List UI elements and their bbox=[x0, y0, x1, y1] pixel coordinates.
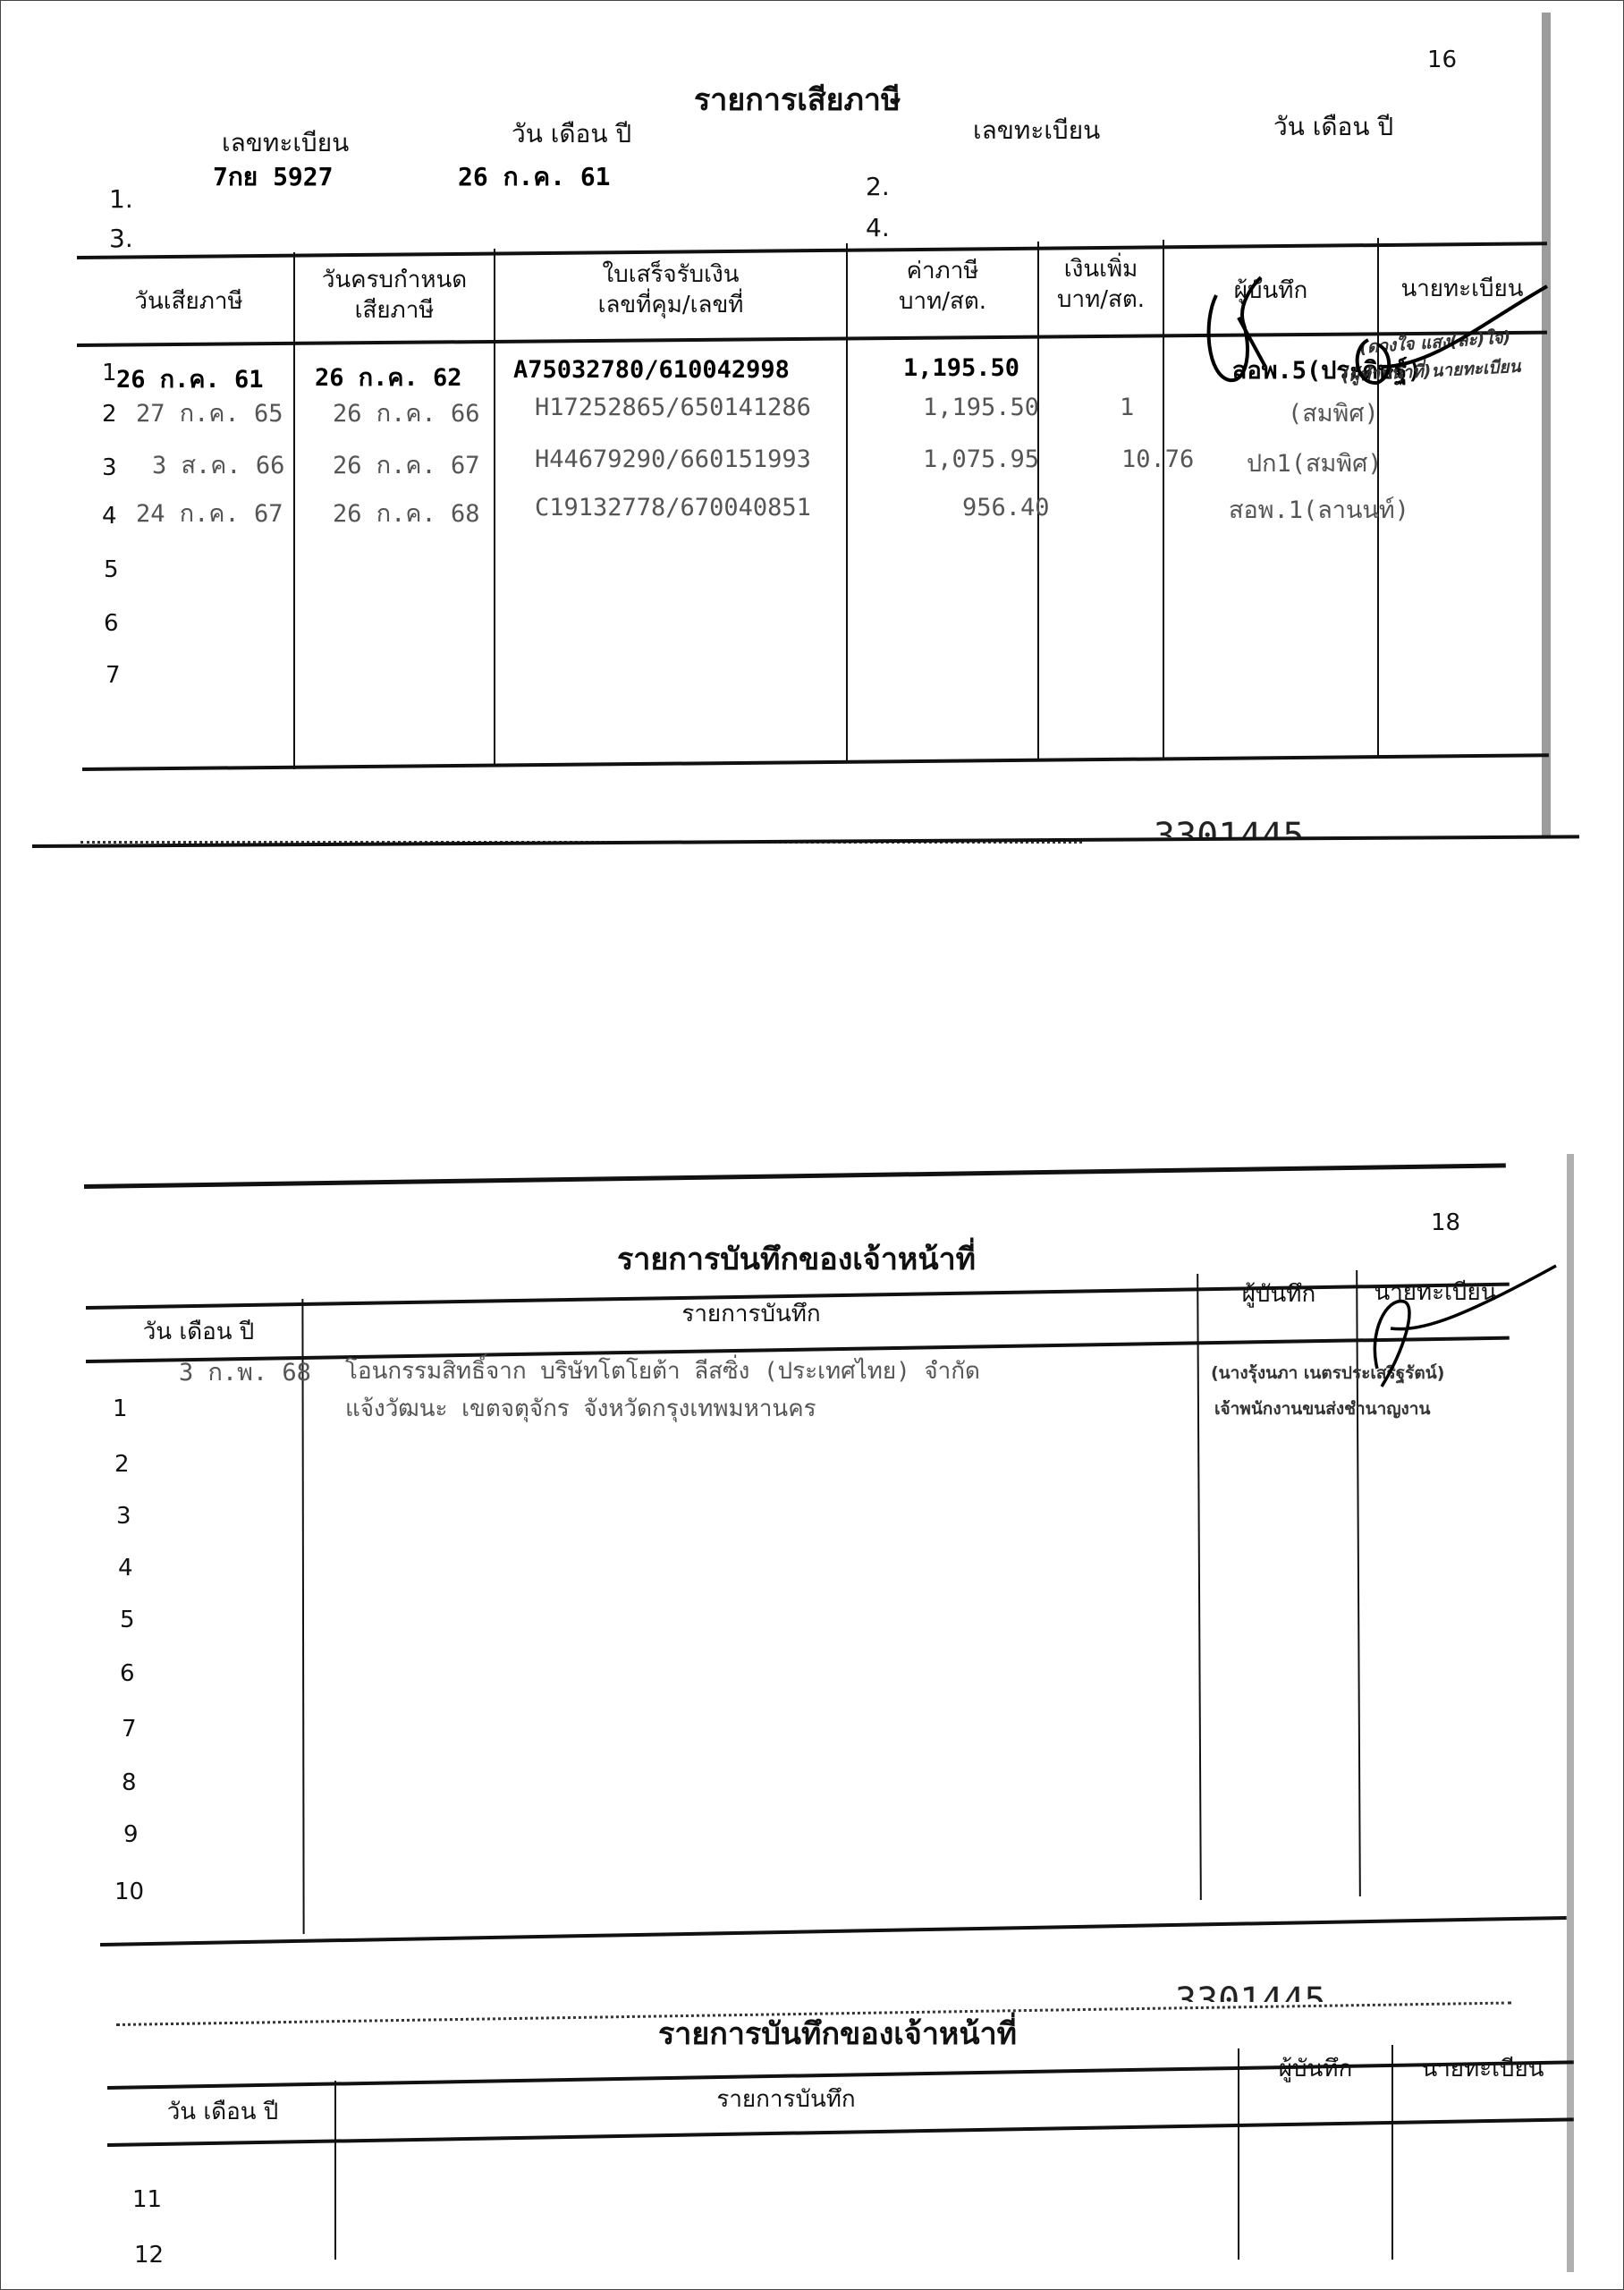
column-header-registrar: นายทะเบียน bbox=[1393, 2054, 1572, 2084]
paid-date: 27 ก.ค. 65 bbox=[136, 394, 283, 432]
column-header-entry: รายการบันทึก bbox=[336, 2084, 1236, 2115]
due-date: 26 ก.ค. 62 bbox=[315, 358, 461, 396]
paid-date: 3 ส.ค. 66 bbox=[152, 445, 284, 484]
row-number: 4 bbox=[118, 1555, 133, 1582]
row-number: 6 bbox=[104, 610, 119, 637]
row-number: 6 bbox=[120, 1660, 135, 1687]
row-number: 5 bbox=[104, 556, 119, 583]
row-number: 7 bbox=[106, 662, 121, 689]
tax-amount: 1,195.50 bbox=[903, 354, 1019, 382]
column-header-recorder: ผู้บันทึก bbox=[1239, 2054, 1391, 2084]
row-number: 9 bbox=[123, 1821, 139, 1848]
section-title: รายการเสียภาษี bbox=[694, 75, 901, 123]
tax-amount: 956.40 bbox=[962, 494, 1050, 522]
due-date: 26 ก.ค. 68 bbox=[333, 494, 479, 532]
recorder: ปก1(สมพิศ) bbox=[1247, 444, 1382, 482]
page-edge-shadow bbox=[1542, 13, 1551, 835]
row-number: 10 bbox=[114, 1879, 144, 1905]
column-divider bbox=[494, 249, 495, 766]
section-title: รายการบันทึกของเจ้าหน้าที่ bbox=[617, 1234, 976, 1283]
row-number: 5 bbox=[120, 1607, 135, 1633]
entry-date: 3 ก.พ. 68 bbox=[179, 1353, 311, 1391]
row-number: 12 bbox=[134, 2242, 164, 2269]
column-header-tax: ค่าภาษี บาท/สต. bbox=[848, 256, 1037, 317]
entry-text-line1: โอนกรรมสิทธิ์จาก บริษัทโตโยต้า ลีสซิ่ง (… bbox=[345, 1353, 980, 1389]
recorder: สอพ.1(ลานนท์) bbox=[1229, 490, 1409, 529]
paid-date: 26 ก.ค. 61 bbox=[116, 360, 263, 398]
due-date: 26 ก.ค. 67 bbox=[333, 445, 479, 484]
row-number: 7 bbox=[122, 1716, 137, 1743]
entry-index-1: 1. bbox=[109, 184, 133, 214]
row-number: 3 bbox=[102, 454, 117, 481]
paid-date: 24 ก.ค. 67 bbox=[136, 494, 283, 532]
column-header-penalty: เงินเพิ่ม บาท/สต. bbox=[1039, 254, 1163, 315]
tax-amount: 1,075.95 bbox=[923, 445, 1039, 473]
column-header-receipt: ใบเสร็จรับเงิน เลขที่คุม/เลขที่ bbox=[495, 259, 846, 320]
column-divider bbox=[1163, 240, 1164, 759]
receipt-number: H17252865/650141286 bbox=[535, 394, 811, 421]
receipt-number: H44679290/660151993 bbox=[535, 445, 811, 473]
row-number: 11 bbox=[132, 2186, 162, 2213]
row-number: 3 bbox=[116, 1503, 131, 1530]
penalty-amount: 10.76 bbox=[1121, 445, 1194, 473]
row-number: 1 bbox=[113, 1395, 128, 1422]
serial-number-fragment: 3301445 bbox=[1154, 816, 1305, 837]
column-divider bbox=[293, 252, 295, 769]
signature-icon bbox=[1341, 1261, 1565, 1404]
plate-number-1: 7กย 5927 bbox=[213, 157, 334, 197]
page-edge-shadow bbox=[1567, 1154, 1574, 2272]
column-header-paid-date: วันเสียภาษี bbox=[86, 286, 292, 317]
page-number: 18 bbox=[1431, 1209, 1460, 1236]
row-number: 8 bbox=[122, 1769, 137, 1796]
entry-index-3: 3. bbox=[109, 224, 133, 253]
column-header-date: วัน เดือน ปี bbox=[111, 2097, 334, 2127]
column-header-due-date: วันครบกำหนด เสียภาษี bbox=[295, 265, 494, 326]
receipt-number: A75032780/610042998 bbox=[513, 356, 790, 384]
section-title: รายการบันทึกของเจ้าหน้าที่ bbox=[658, 2009, 1017, 2057]
receipt-number: C19132778/670040851 bbox=[535, 494, 811, 522]
date-label-right: วัน เดือน ปี bbox=[1273, 107, 1393, 147]
row-number: 2 bbox=[114, 1451, 130, 1478]
column-divider bbox=[846, 243, 848, 762]
column-header-date: วัน เดือน ปี bbox=[97, 1317, 300, 1347]
date-label-left: วัน เดือน ปี bbox=[512, 114, 631, 154]
entry-index-2: 2. bbox=[866, 172, 890, 201]
entry-text-line2: แจ้งวัฒนะ เขตจตุจักร จังหวัดกรุงเทพมหานค… bbox=[345, 1390, 816, 1427]
row-number: 1 bbox=[102, 360, 117, 386]
signature-icon bbox=[1198, 268, 1556, 403]
tax-amount: 1,195.50 bbox=[923, 394, 1039, 421]
row-number: 4 bbox=[102, 503, 117, 530]
entry-index-4: 4. bbox=[866, 213, 890, 242]
serial-number-fragment: 3301445 bbox=[1175, 1980, 1326, 2002]
due-date: 26 ก.ค. 66 bbox=[333, 394, 479, 432]
column-header-entry: รายการบันทึก bbox=[304, 1299, 1198, 1329]
penalty-amount: 1 bbox=[1120, 394, 1134, 421]
column-header-recorder: ผู้บันทึก bbox=[1200, 1279, 1358, 1310]
plate-date-1: 26 ก.ค. 61 bbox=[458, 157, 611, 197]
page-number: 16 bbox=[1427, 47, 1457, 73]
row-number: 2 bbox=[102, 401, 117, 428]
plate-label-right: เลขทะเบียน bbox=[973, 111, 1100, 150]
